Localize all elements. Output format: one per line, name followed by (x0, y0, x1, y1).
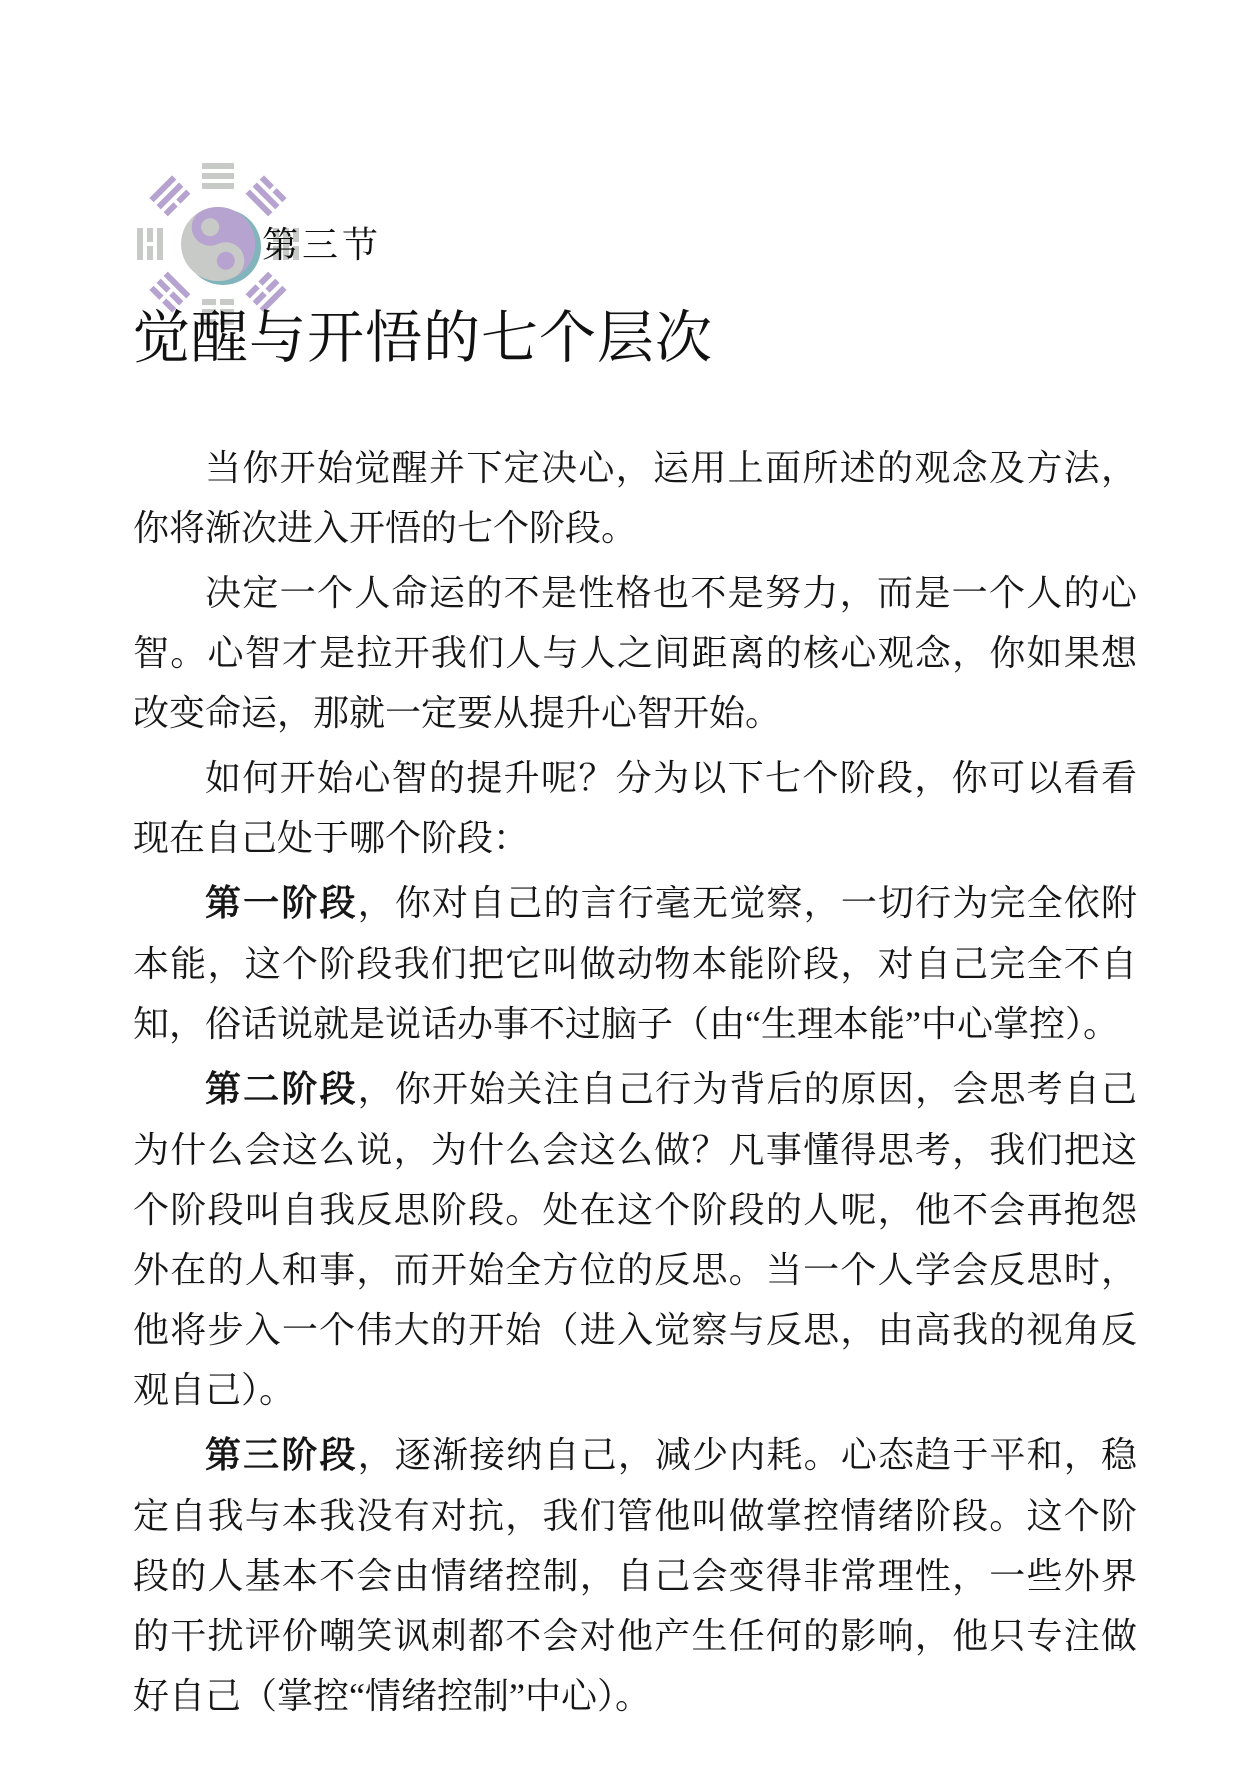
trigram-west (137, 228, 163, 260)
trigram-northeast (246, 175, 287, 216)
body-text: 当你开始觉醒并下定决心，运用上面所述的观念及方法，你将渐次进入开悟的七个阶段。 … (133, 438, 1137, 1731)
paragraph-text: 当你开始觉醒并下定决心，运用上面所述的观念及方法，你将渐次进入开悟的七个阶段。 (133, 448, 1137, 548)
paragraph: 如何开始心智的提升呢？分为以下七个阶段，你可以看看现在自己处于哪个阶段： (133, 748, 1137, 868)
paragraph-stage-2: 第二阶段，你开始关注自己行为背后的原因，会思考自己为什么会这么说，为什么会这么做… (133, 1059, 1137, 1420)
section-label: 第三节 (262, 226, 382, 266)
trigram-northwest (149, 175, 190, 216)
stage-label: 第三阶段 (205, 1435, 358, 1476)
stage-label: 第二阶段 (205, 1069, 358, 1110)
paragraph-stage-1: 第一阶段，你对自己的言行毫无觉察，一切行为完全依附本能，这个阶段我们把它叫做动物… (133, 873, 1137, 1054)
document-page: 第三节 觉醒与开悟的七个层次 当你开始觉醒并下定决心，运用上面所述的观念及方法，… (0, 0, 1260, 1791)
paragraph-text: ，你开始关注自己行为背后的原因，会思考自己为什么会这么说，为什么会这么做？凡事懂… (133, 1069, 1137, 1410)
paragraph-text: 如何开始心智的提升呢？分为以下七个阶段，你可以看看现在自己处于哪个阶段： (133, 758, 1137, 858)
stage-label: 第一阶段 (205, 883, 358, 924)
paragraph-stage-3: 第三阶段，逐渐接纳自己，减少内耗。心态趋于平和，稳定自我与本我没有对抗，我们管他… (133, 1425, 1137, 1726)
paragraph-text: 决定一个人命运的不是性格也不是努力，而是一个人的心智。心智才是拉开我们人与人之间… (133, 573, 1137, 733)
chapter-title: 觉醒与开悟的七个层次 (133, 306, 713, 372)
paragraph: 当你开始觉醒并下定决心，运用上面所述的观念及方法，你将渐次进入开悟的七个阶段。 (133, 438, 1137, 558)
paragraph-text: ，逐渐接纳自己，减少内耗。心态趋于平和，稳定自我与本我没有对抗，我们管他叫做掌控… (133, 1435, 1137, 1716)
taiji-symbol (169, 195, 267, 293)
trigram-north (202, 163, 234, 189)
paragraph: 决定一个人命运的不是性格也不是努力，而是一个人的心智。心智才是拉开我们人与人之间… (133, 563, 1137, 743)
